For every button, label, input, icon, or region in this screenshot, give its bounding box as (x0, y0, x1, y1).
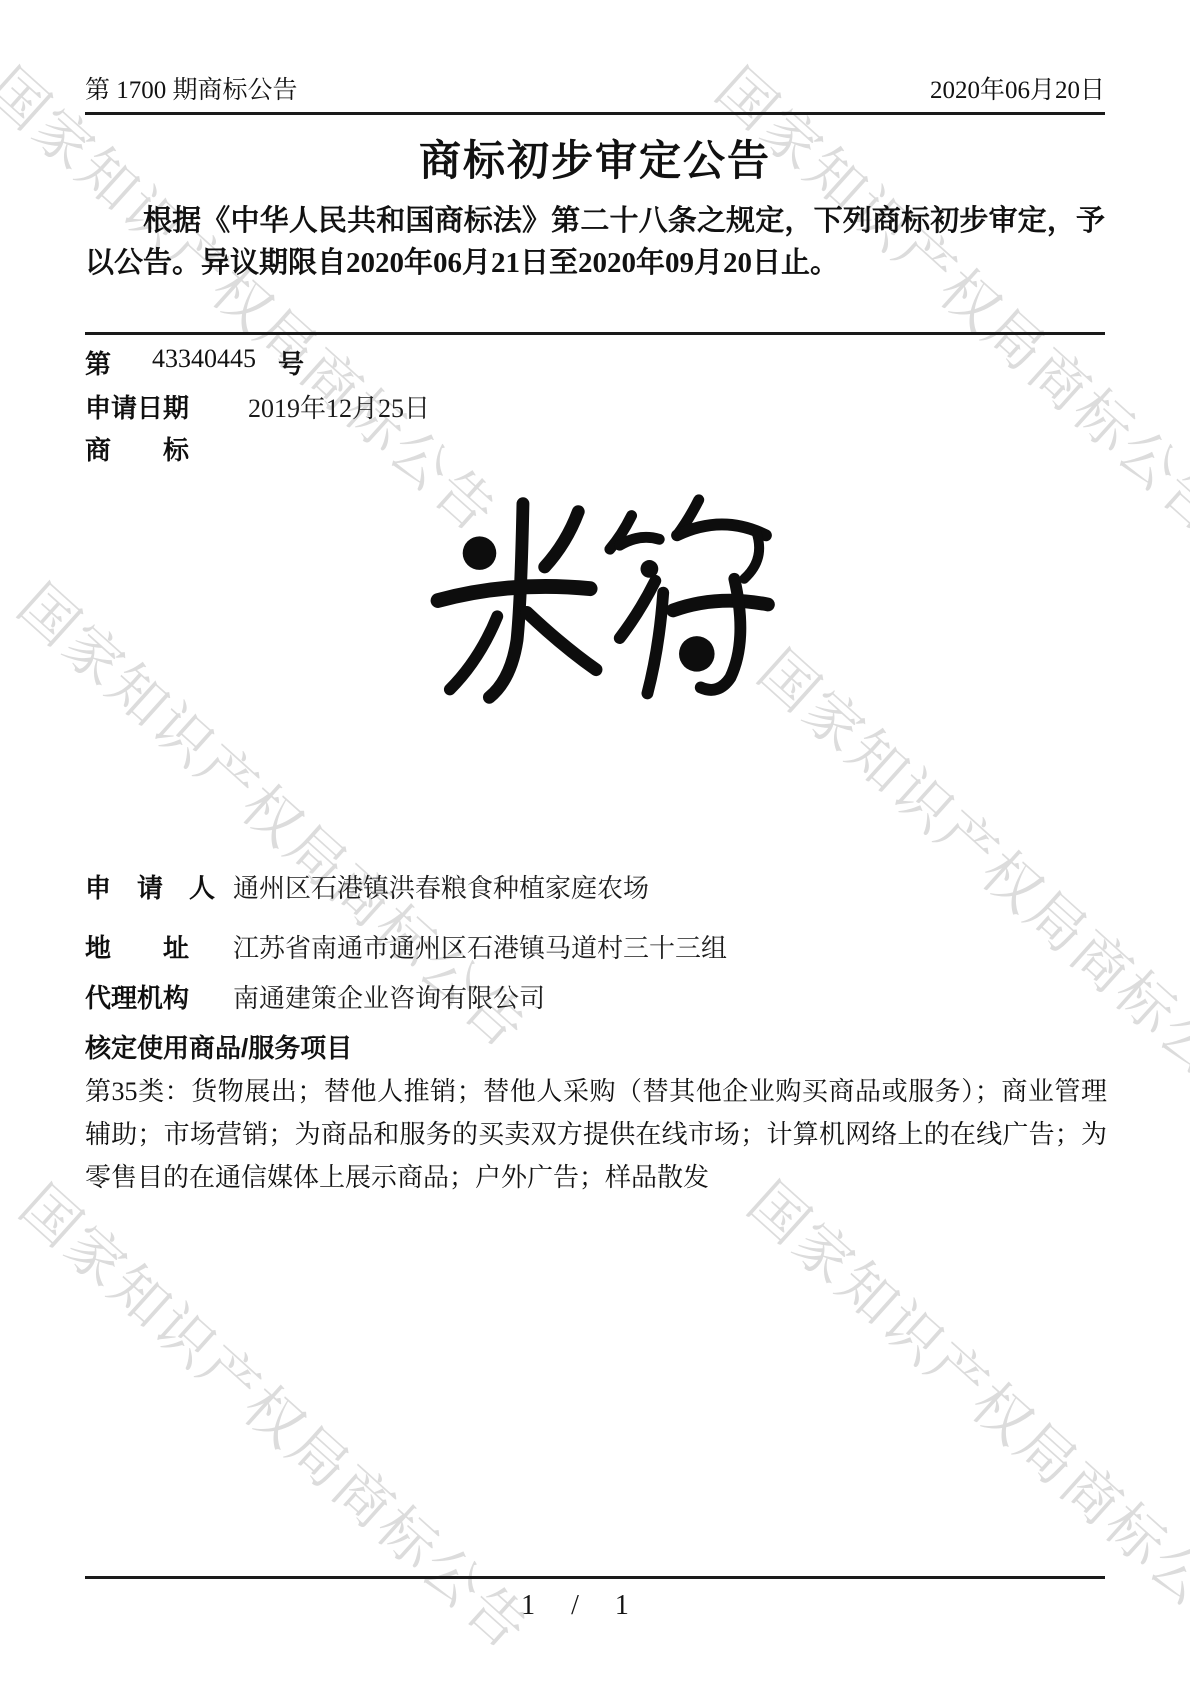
application-date-row: 申请日期 2019年12月25日 (0, 388, 1190, 424)
trademark-label-row: 商 标 (0, 430, 1190, 466)
header-rule (85, 112, 1105, 115)
application-number: 43340445 (152, 344, 256, 374)
number-suffix-label: 号 (278, 344, 304, 381)
services-heading: 核定使用商品/服务项目 (85, 1028, 352, 1065)
applicant-row: 申 请 人 通州区石港镇洪春粮食种植家庭农场 (0, 868, 1190, 904)
gazette-page: 国家知识产权局商标公告 国家知识产权局商标公告 国家知识产权局商标公告 国家知识… (0, 0, 1190, 1684)
trademark-image (422, 482, 778, 724)
gazette-issue-label: 第 1700 期商标公告 (85, 70, 298, 106)
total-pages: 1 (615, 1590, 629, 1622)
watermark-text: 国家知识产权局商标公告 (733, 1160, 1190, 1663)
footer-rule (85, 1576, 1105, 1579)
page-separator: / (571, 1590, 579, 1622)
application-date-value: 2019年12月25日 (248, 388, 430, 425)
trademark-label: 商 标 (85, 430, 189, 467)
watermark-text: 国家知识产权局商标公告 (701, 46, 1190, 549)
page-title: 商标初步审定公告 (85, 128, 1105, 188)
application-number-row: 第 43340445 号 (0, 344, 1190, 380)
number-prefix-label: 第 (85, 344, 111, 381)
applicant-label: 申 请 人 (85, 868, 215, 905)
intro-paragraph: 根据《中华人民共和国商标法》第二十八条之规定，下列商标初步审定，予 以公告。异议… (85, 200, 1105, 284)
address-label: 地 址 (85, 928, 189, 965)
watermark-text: 国家知识产权局商标公告 (0, 46, 518, 549)
application-date-label: 申请日期 (85, 388, 189, 425)
current-page: 1 (521, 1590, 535, 1622)
agent-row: 代理机构 南通建策企业咨询有限公司 (0, 978, 1190, 1014)
agent-value: 南通建策企业咨询有限公司 (233, 978, 545, 1015)
fields-rule (85, 332, 1105, 335)
applicant-value: 通州区石港镇洪春粮食种植家庭农场 (233, 868, 649, 905)
page-number: 1 / 1 (0, 1590, 1150, 1622)
services-text: 第35类：货物展出；替他人推销；替他人采购（替其他企业购买商品或服务）；商业管理… (85, 1070, 1107, 1199)
gazette-date: 2020年06月20日 (930, 70, 1105, 106)
intro-line-2: 以公告。异议期限自2020年06月21日至2020年09月20日止。 (85, 242, 1105, 284)
trademark-mifu-logo (422, 482, 778, 724)
intro-line-1: 根据《中华人民共和国商标法》第二十八条之规定，下列商标初步审定，予 (85, 200, 1105, 242)
agent-label: 代理机构 (85, 978, 189, 1015)
address-value: 江苏省南通市通州区石港镇马道村三十三组 (233, 928, 727, 965)
address-row: 地 址 江苏省南通市通州区石港镇马道村三十三组 (0, 928, 1190, 964)
